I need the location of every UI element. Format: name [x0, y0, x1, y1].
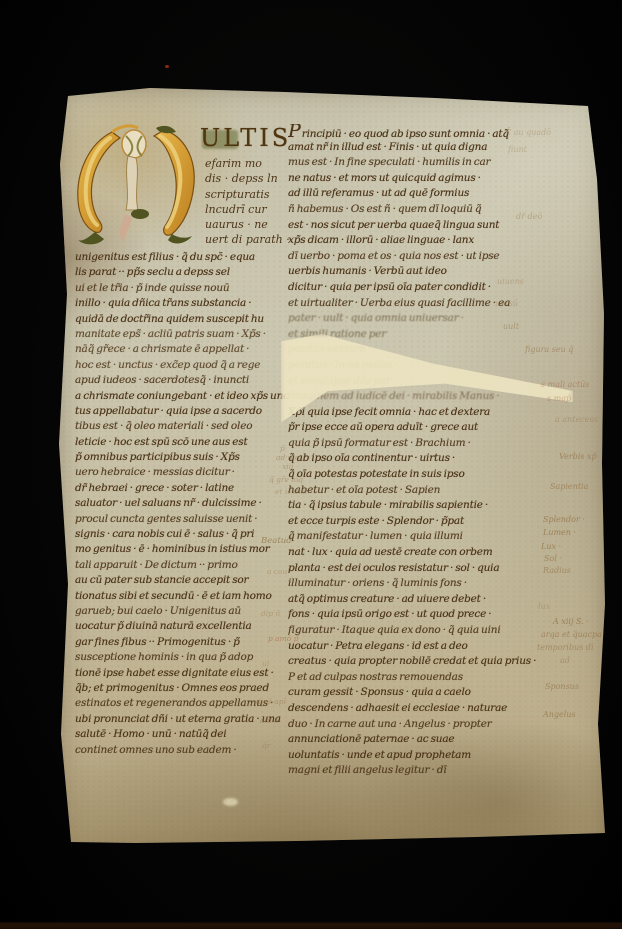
- text-line: nat · lux · quia ad uestē create con orb…: [288, 545, 551, 561]
- text-line: creatus · quia propter nobilē credat et …: [288, 654, 551, 670]
- margin-note: arqa et q̃uacpa: [541, 630, 602, 639]
- film-edge-strip: [0, 922, 622, 929]
- text-line: xp̃s dicam · illorū · aliae linguae · la…: [288, 233, 551, 249]
- text-line: ñ habemus · Os est ñ · quem dī loquiū q̃: [288, 202, 551, 218]
- incipit-line: scripturatis: [205, 187, 290, 202]
- gutter-gloss: q̃r: [262, 741, 270, 750]
- margin-note: Sponsus: [545, 682, 579, 691]
- text-line: curam gessit · Sponsus · quia a caelo: [288, 685, 551, 701]
- incipit-display-word: ULTIS: [200, 124, 291, 152]
- margin-note: figura seu q̃: [525, 345, 573, 354]
- text-line: magni et filii angelus legitur · dī: [288, 763, 551, 779]
- margin-note: Sol ·: [544, 554, 562, 563]
- margin-note: Lux ·: [541, 542, 561, 551]
- right-text-column: Principiū · eo quod ab ipso sunt omnia ·…: [288, 124, 551, 779]
- text-line: mus est · In fine speculati · humilis in…: [288, 155, 551, 171]
- text-line: duo · In carne aut una · Angelus · propt…: [288, 717, 551, 733]
- margin-note: s map̃: [547, 394, 571, 403]
- margin-note: Lumen ·: [543, 528, 576, 537]
- text-line: atq̃ optimus creature · ad uiuere debet …: [288, 592, 551, 608]
- gutter-gloss: ad uict;: [276, 453, 305, 462]
- text-line: habetur · et oīa potest · Sapien: [288, 483, 551, 499]
- text-line: uocatur · Petra elegans · id est a deo: [288, 639, 551, 655]
- text-line: dī uerbo · poma et os · quia nos est · u…: [288, 249, 551, 265]
- incipit-line: efarim mo: [205, 156, 290, 171]
- text-line: Xp̃i quia ipse fecit omnia · hac et dext…: [288, 405, 551, 421]
- text-line: q̃ oīa potestas potestate in suis ipso: [288, 467, 551, 483]
- gutter-gloss: et is dict: [275, 487, 308, 496]
- gutter-gloss: dips̄ apī: [256, 697, 286, 706]
- margin-note: Splendor ·: [543, 515, 585, 524]
- gutter-gloss: a cau': [267, 567, 289, 576]
- margin-note: Radius: [543, 566, 571, 575]
- text-line: est · nos sicut per uerba quaeq̃ lingua …: [288, 218, 551, 234]
- text-line: ne natus · et mors ut quicquid agimus ·: [288, 171, 551, 187]
- text-line: quia p̃ ipsū formatur est · Brachium ·: [288, 436, 551, 452]
- text-line: q̃ manifestatur · lumen · quia illumi: [288, 529, 551, 545]
- margin-note: temporibus dī: [537, 643, 593, 652]
- parchment-fleck: [223, 798, 238, 806]
- gutter-gloss: dip ñ: [261, 609, 280, 618]
- margin-note: uersū: [495, 299, 518, 308]
- text-line: q̃ ab ipso oīa continentur · uirtus ·: [288, 451, 551, 467]
- margin-note: a antecess: [555, 415, 598, 424]
- gutter-gloss: q̃ gr̃e loq̃: [269, 475, 303, 484]
- margin-note: dr̃ deō: [516, 212, 542, 221]
- incipit-line: lncudrī cur: [205, 202, 290, 217]
- margin-note: Verbis xp̃: [559, 452, 597, 461]
- text-line: p̃r ipse ecce aū opera aduīt · grece aut: [288, 420, 551, 436]
- margin-note: A xiij S. ·: [553, 617, 589, 626]
- margin-note: fiunt: [508, 145, 527, 154]
- incipit-line: uaurus · ne: [205, 217, 290, 232]
- text-line: P et ad culpas nostras remouendas: [288, 670, 551, 686]
- text-line: fons · quia ipsū origo est · ut quod pre…: [288, 607, 551, 623]
- margin-note: C̄ au quadō: [505, 128, 551, 137]
- illuminated-initial-m: [68, 122, 208, 250]
- incipit-line: uert di parath ·: [205, 232, 290, 247]
- gutter-gloss: p amō p̃: [268, 634, 298, 643]
- margin-note: uiuens: [497, 277, 524, 286]
- text-line: ad illū referamus · ut ad quē formius: [288, 186, 551, 202]
- text-line: tia · q̃ ipsius tabule · mirabilis sapie…: [288, 498, 551, 514]
- gutter-gloss: ui: [262, 659, 269, 668]
- text-line: figuratur · Itaque quia ex dono · q̃ qui…: [288, 623, 551, 639]
- red-dust-speck: [165, 65, 169, 68]
- gutter-gloss: p̃: [280, 444, 285, 453]
- text-line: annunciationē paternae · ac suae: [288, 732, 551, 748]
- gutter-gloss: Beatud: [261, 536, 292, 546]
- text-line: uoluntatis · unde et apud prophetam: [288, 748, 551, 764]
- margin-note: Angelus: [543, 710, 576, 719]
- incipit-line: dis · depss ln: [205, 171, 290, 186]
- gutter-gloss: xiij: [282, 462, 293, 471]
- text-line: planta · est dei oculos resistatur · sol…: [288, 561, 551, 577]
- text-line: descendens · adhaesit ei ecclesiae · nat…: [288, 701, 551, 717]
- margin-note: Sapientia: [550, 482, 588, 491]
- margin-note: lux: [538, 602, 550, 611]
- text-line: et ecce turpis este · Splendor · p̃pat: [288, 514, 551, 530]
- incipit-lines: efarim modis · depss lnscripturatislncud…: [205, 156, 290, 248]
- manuscript-leaf: ULTIS efarim modis · depss lnscripturati…: [55, 84, 610, 864]
- slide-photograph: ULTIS efarim modis · depss lnscripturati…: [0, 0, 622, 929]
- margin-note: uult: [503, 322, 519, 331]
- text-line: illuminatur · oriens · q̃ luminis fons ·: [288, 576, 551, 592]
- margin-note: ad: [560, 656, 570, 665]
- gutter-gloss: dñi ē: [260, 716, 279, 725]
- margin-note: s mali actūs: [541, 380, 589, 389]
